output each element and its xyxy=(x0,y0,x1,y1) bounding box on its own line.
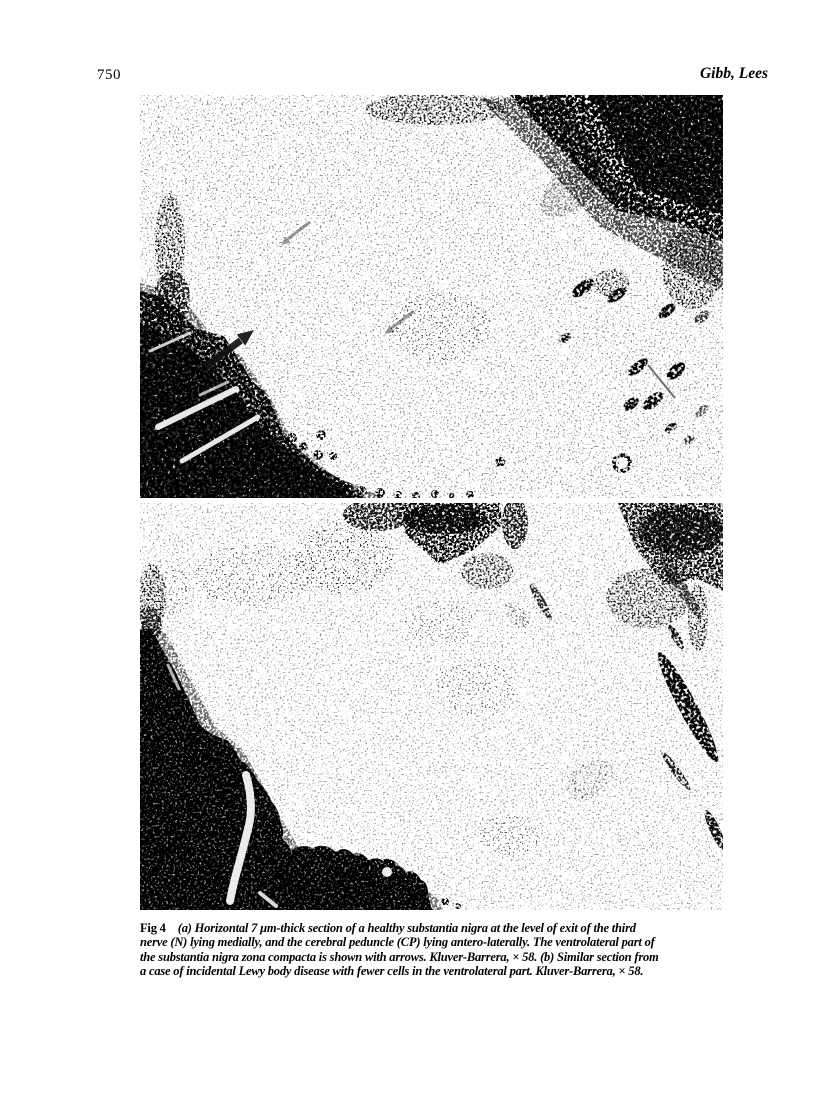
journal-page: 750 Gibb, Lees xyxy=(0,0,816,1110)
caption-line: Fig 4(a) Horizontal 7 μm-thick section o… xyxy=(140,921,740,935)
caption-line: a case of incidental Lewy body disease w… xyxy=(140,964,740,978)
tissue-top-right-core xyxy=(638,507,722,555)
speckle-patch xyxy=(390,290,490,360)
speckle-drift xyxy=(193,545,317,605)
speckle-patch xyxy=(405,601,475,645)
speckle-trail xyxy=(461,553,513,589)
micrograph-b-canvas xyxy=(140,503,723,910)
caption-label: Fig 4 xyxy=(140,921,166,935)
speckle-patch xyxy=(435,660,515,716)
figure-a-micrograph xyxy=(140,95,723,498)
speckle-patch xyxy=(480,815,540,855)
page-number: 750 xyxy=(97,67,121,84)
figure-b-micrograph xyxy=(140,503,723,910)
figure-caption: Fig 4(a) Horizontal 7 μm-thick section o… xyxy=(140,921,740,979)
tissue-patch-core xyxy=(403,504,487,534)
running-head: Gibb, Lees xyxy=(700,65,768,83)
caption-text: (a) Horizontal 7 μm-thick section of a h… xyxy=(178,921,636,935)
speckle-patch xyxy=(662,225,722,309)
micrograph-a-canvas xyxy=(140,95,723,498)
caption-line: the substantia nigra zona compacta is sh… xyxy=(140,950,740,964)
caption-line: nerve (N) lying medially, and the cerebr… xyxy=(140,935,740,949)
lump-hole xyxy=(382,867,392,877)
